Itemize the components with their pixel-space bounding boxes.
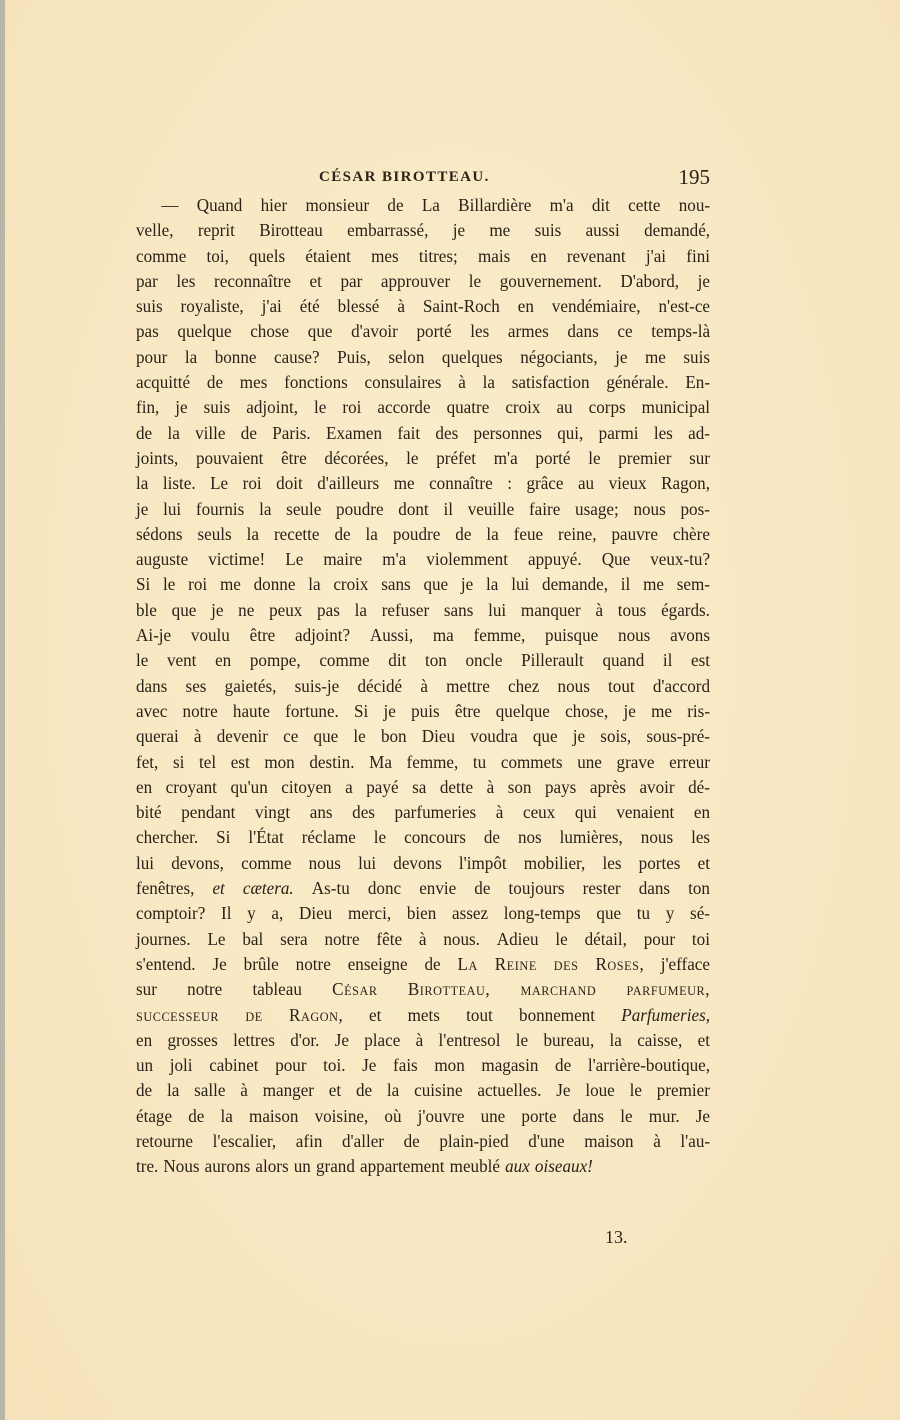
word: embarrassé,	[347, 218, 428, 243]
word: caisse,	[637, 1028, 682, 1053]
word: lui	[488, 598, 506, 623]
word: sédons	[136, 522, 183, 547]
word: bonnement	[519, 1003, 595, 1028]
word: oiseaux!	[535, 1154, 593, 1179]
word: que	[596, 901, 621, 926]
word: comme	[136, 244, 186, 269]
text-line: laliste.Leroidoitd'ailleursmeconnaître:g…	[136, 471, 710, 496]
word: En-	[685, 370, 710, 395]
word: nous	[558, 674, 590, 699]
text-line: avecnotrehautefortune.Sijepuisêtrequelqu…	[136, 699, 710, 724]
word: nous	[633, 497, 665, 522]
body-text: —QuandhiermonsieurdeLaBillardièrem'aditc…	[136, 193, 710, 1180]
word: vendémiaire,	[552, 294, 641, 319]
word: faire	[529, 497, 560, 522]
word: assez	[452, 901, 488, 926]
word: municipal	[642, 395, 710, 420]
word: me	[394, 471, 415, 496]
word: La	[457, 952, 477, 977]
word: voisine,	[315, 1104, 369, 1129]
word: a	[345, 775, 353, 800]
word: monsieur	[306, 193, 370, 218]
word: en	[215, 648, 231, 673]
word: être	[281, 446, 307, 471]
word: porte	[521, 1104, 556, 1129]
word: ris-	[687, 699, 710, 724]
text-line: acquittédemesfonctionsconsulairesàlasati…	[136, 370, 710, 395]
word: victime!	[208, 547, 265, 572]
word: la	[167, 1078, 179, 1103]
word: je	[461, 572, 473, 597]
word: maison	[249, 1104, 298, 1129]
word: bal	[242, 927, 263, 952]
word: me	[651, 699, 672, 724]
word: pour	[136, 345, 167, 370]
word: cuisine	[414, 1078, 462, 1103]
word: adjoint,	[246, 395, 298, 420]
word: à	[420, 674, 428, 699]
word: de	[474, 876, 490, 901]
word: poudre	[336, 497, 383, 522]
word: à	[496, 800, 504, 825]
word: Billardière	[458, 193, 531, 218]
word: notre	[187, 977, 222, 1002]
word: tout	[466, 1003, 493, 1028]
text-line: tre.Nousauronsalorsungrandappartementmeu…	[136, 1154, 710, 1179]
word: en	[694, 800, 710, 825]
word: Aussi,	[370, 623, 413, 648]
word: d'or.	[290, 1028, 319, 1053]
word: chercher.	[136, 825, 198, 850]
text-line: pasquelquechosequed'avoirportélesarmesda…	[136, 319, 710, 344]
word: de	[455, 522, 471, 547]
word: nous.	[443, 927, 480, 952]
word: étaient	[305, 244, 351, 269]
word: je	[624, 699, 636, 724]
word: vingt	[255, 800, 290, 825]
word: César	[332, 977, 377, 1002]
text-line: encroyantqu'uncitoyenapayésadetteàsonpay…	[136, 775, 710, 800]
word: marchand	[520, 977, 596, 1002]
text-line: delavilledeParis.Examenfaitdespersonnesq…	[136, 421, 710, 446]
word: la	[486, 572, 498, 597]
word: je	[573, 724, 585, 749]
word: le	[588, 446, 600, 471]
word: corps	[589, 395, 626, 420]
text-line: Sileroimedonnelacroixsansquejelaluideman…	[136, 572, 710, 597]
text-line: augustevictime!Lemairem'aviolemmentappuy…	[136, 547, 710, 572]
text-line: danssesgaietés,suis-jedécidéàmettrechezn…	[136, 674, 710, 699]
word: toi.	[323, 1053, 345, 1078]
word: Saint-Roch	[423, 294, 500, 319]
word: que	[314, 724, 339, 749]
word: lui	[163, 497, 181, 522]
word: :	[507, 471, 512, 496]
word: m'a	[382, 547, 406, 572]
word: la	[247, 522, 259, 547]
word: est	[231, 750, 250, 775]
word: le	[620, 1104, 632, 1129]
word: pour	[644, 927, 675, 952]
word: quelque	[177, 319, 231, 344]
word: j'ai	[262, 294, 282, 319]
word: décidé	[357, 674, 402, 699]
text-line: —QuandhiermonsieurdeLaBillardièrem'aditc…	[136, 193, 710, 218]
word: titres;	[419, 244, 458, 269]
word: y	[666, 901, 675, 926]
word: croix	[333, 572, 368, 597]
word: s'entend.	[136, 952, 196, 977]
text-line: Ai-jevouluêtreadjoint?Aussi,mafemme,puis…	[136, 623, 710, 648]
word: une	[577, 750, 602, 775]
word: l'au-	[680, 1129, 710, 1154]
page-number: 195	[679, 163, 711, 191]
word: Nous	[163, 1154, 199, 1179]
word: lui	[136, 851, 154, 876]
word: comme	[319, 648, 369, 673]
word: suis	[136, 294, 163, 319]
word: à	[487, 775, 495, 800]
word: Il	[221, 901, 231, 926]
word: et	[329, 1078, 341, 1103]
word: manquer	[521, 598, 581, 623]
word: long-temps	[504, 901, 581, 926]
word: royaliste,	[181, 294, 244, 319]
word: velle,	[136, 218, 174, 243]
word: Birotteau,	[408, 977, 490, 1002]
word: la	[259, 497, 271, 522]
word: donc	[368, 876, 401, 901]
word: toi,	[207, 244, 229, 269]
word: avons	[670, 623, 710, 648]
word: dans	[639, 876, 670, 901]
word: devons,	[171, 851, 224, 876]
text-line: parlesreconnaîtreetparapprouverlegouvern…	[136, 269, 710, 294]
word: bureau,	[543, 1028, 594, 1053]
word: reine,	[558, 522, 596, 547]
word: notre	[324, 927, 359, 952]
word: commets	[501, 750, 563, 775]
word: haute	[233, 699, 270, 724]
word: reprit	[198, 218, 235, 243]
word: me	[645, 345, 666, 370]
word: le	[314, 395, 326, 420]
word: si	[173, 750, 184, 775]
word: dans	[567, 319, 598, 344]
word: destin.	[309, 750, 354, 775]
word: j'efface	[661, 952, 710, 977]
word: pompe,	[250, 648, 301, 673]
word: loue	[585, 1078, 614, 1103]
word: un	[294, 1154, 311, 1179]
word: pour	[275, 1053, 306, 1078]
word: quelque	[496, 699, 550, 724]
word: fait	[397, 421, 420, 446]
word: d'accord	[653, 674, 710, 699]
word: Si	[216, 825, 230, 850]
word: appartement	[360, 1154, 444, 1179]
word: de	[241, 421, 257, 446]
word: maire	[323, 547, 362, 572]
word: Examen	[326, 421, 382, 446]
word: cætera.	[243, 876, 294, 901]
word: connaître	[429, 471, 493, 496]
word: en	[518, 294, 534, 319]
word: la	[366, 522, 378, 547]
word: ses	[186, 674, 207, 699]
word: de	[387, 193, 403, 218]
word: armes	[508, 319, 549, 344]
word: de	[484, 825, 500, 850]
word: recette	[274, 522, 320, 547]
text-line: velle,repritBirotteauembarrassé,jemesuis…	[136, 218, 710, 243]
word: magasin	[481, 1053, 538, 1078]
word: pendant	[181, 800, 235, 825]
word: parfumeur,	[627, 977, 710, 1002]
word: je	[136, 497, 148, 522]
word: le	[630, 1078, 642, 1103]
word: il	[621, 572, 631, 597]
word: tre.	[136, 1154, 158, 1179]
word: plain-pied	[439, 1129, 508, 1154]
word: vent	[167, 648, 196, 673]
word: appuyé.	[528, 547, 582, 572]
word: à	[419, 927, 427, 952]
word: l'impôt	[459, 851, 507, 876]
text-line: s'entend.JebrûlenotreenseignedeLaReinede…	[136, 952, 710, 977]
word: fin,	[136, 395, 159, 420]
word: parmi	[599, 421, 639, 446]
word: concours	[404, 825, 466, 850]
word: maison	[584, 1129, 633, 1154]
word: lui	[358, 851, 376, 876]
word: voulu	[191, 623, 230, 648]
word: à	[653, 1129, 661, 1154]
word: je	[175, 395, 187, 420]
word: doit	[276, 471, 303, 496]
word: son	[508, 775, 532, 800]
word: de	[188, 1104, 204, 1129]
word: d'avoir	[351, 319, 398, 344]
word: le	[136, 648, 148, 673]
word: satisfaction	[512, 370, 590, 395]
word: citoyen	[281, 775, 331, 800]
word: l'État	[248, 825, 283, 850]
word: sois,	[600, 724, 631, 749]
word: gouvernement.	[500, 269, 602, 294]
word: aux	[505, 1154, 530, 1179]
word: la	[136, 471, 148, 496]
word: donne	[254, 572, 296, 597]
word: ville	[195, 421, 225, 446]
word: de	[334, 522, 350, 547]
word: au	[578, 471, 594, 496]
word: le	[555, 927, 567, 952]
word: la	[221, 1104, 233, 1129]
word: toujours	[509, 876, 565, 901]
word: mes	[371, 244, 399, 269]
word: salle	[194, 1078, 225, 1103]
word: ble	[136, 598, 157, 623]
word: et	[212, 876, 224, 901]
word: lumières,	[560, 825, 623, 850]
word: m'a	[494, 446, 518, 471]
word: venaient	[616, 800, 674, 825]
word: D'abord,	[620, 269, 679, 294]
word: a,	[271, 901, 283, 926]
word: pouvaient	[196, 446, 263, 471]
word: réclame	[302, 825, 356, 850]
word: de	[245, 1003, 262, 1028]
word: usage;	[575, 497, 619, 522]
word: mur.	[649, 1104, 680, 1129]
word: Je	[696, 1104, 710, 1129]
word: Paris.	[272, 421, 310, 446]
word: joints,	[136, 446, 178, 471]
word: le	[469, 269, 481, 294]
word: Ragon,	[661, 471, 710, 496]
word: feue	[514, 522, 543, 547]
word: la	[486, 522, 498, 547]
word: Birotteau	[259, 218, 323, 243]
word: y	[247, 901, 256, 926]
word: m'a	[550, 193, 574, 218]
word: gaietés,	[225, 674, 277, 699]
word: suis-je	[295, 674, 340, 699]
word: sur	[136, 977, 157, 1002]
word: la	[355, 598, 367, 623]
word: fini	[686, 244, 710, 269]
word: en	[530, 244, 546, 269]
word: tel	[199, 750, 216, 775]
word: liste.	[163, 471, 196, 496]
word: revenant	[567, 244, 626, 269]
word: les	[654, 421, 673, 446]
word: comptoir?	[136, 901, 205, 926]
word: sans	[444, 598, 473, 623]
text-line: jeluifournislaseulepoudredontilveuillefa…	[136, 497, 710, 522]
word: Parfumeries,	[621, 1003, 710, 1028]
word: de	[555, 1053, 571, 1078]
word: de	[424, 952, 440, 977]
word: dé-	[688, 775, 710, 800]
word: où	[384, 1104, 401, 1129]
word: il	[663, 648, 673, 673]
word: refuser	[382, 598, 429, 623]
word: le	[353, 724, 365, 749]
word: pas	[317, 598, 340, 623]
word: mes	[240, 370, 268, 395]
word: rester	[583, 876, 621, 901]
word: fête	[376, 927, 402, 952]
word: seule	[286, 497, 321, 522]
word: des	[435, 421, 458, 446]
word: Si	[354, 699, 368, 724]
word: les	[470, 319, 489, 344]
word: le	[516, 1028, 528, 1053]
word: au	[556, 395, 572, 420]
word: la	[610, 1028, 622, 1053]
text-line: journes.Lebalseranotrefêteànous.Adieuled…	[136, 927, 710, 952]
word: merci,	[348, 901, 391, 926]
word: générale.	[606, 370, 668, 395]
word: une	[481, 1104, 506, 1129]
word: été	[300, 294, 320, 319]
word: tableau	[253, 977, 302, 1002]
word: pas	[136, 319, 159, 344]
word: à	[416, 1028, 424, 1053]
word: l'entresol	[439, 1028, 501, 1053]
word: fortune.	[285, 699, 339, 724]
word: suis	[535, 218, 562, 243]
word: grave	[617, 750, 655, 775]
text-line: bitépendantvingtansdesparfumeriesàceuxqu…	[136, 800, 710, 825]
word: Si	[136, 572, 150, 597]
word: Le	[207, 927, 225, 952]
word: Ma	[369, 750, 392, 775]
word: égards.	[661, 598, 710, 623]
word: la	[483, 370, 495, 395]
word: grand	[316, 1154, 355, 1179]
word: et	[369, 1003, 381, 1028]
text-line: leventenpompe,commedittononclePillerault…	[136, 648, 710, 673]
word: bon	[381, 724, 407, 749]
word: Je	[335, 1028, 349, 1053]
word: notre	[296, 952, 331, 977]
running-head: CÉSAR BIROTTEAU. 195	[136, 163, 710, 191]
word: pauvre	[611, 522, 658, 547]
word: par	[340, 269, 362, 294]
word: journes.	[136, 927, 191, 952]
word: sera	[280, 927, 308, 952]
word: à	[240, 1078, 248, 1103]
word: mais	[478, 244, 510, 269]
word: consulaires	[365, 370, 442, 395]
word: à	[194, 724, 202, 749]
word: de	[207, 370, 223, 395]
word: veuille	[468, 497, 515, 522]
word: accorde	[377, 395, 430, 420]
word: d'une	[528, 1129, 564, 1154]
word: Je	[556, 1078, 570, 1103]
word: suis	[204, 395, 231, 420]
text-line: fenêtres,etcætera.As-tudoncenviedetoujou…	[136, 876, 710, 901]
text-line: chercher.Sil'Étatréclameleconcoursdenosl…	[136, 825, 710, 850]
word: poudre	[393, 522, 440, 547]
word: de	[404, 1129, 420, 1154]
word: le	[163, 572, 175, 597]
word: alors	[255, 1154, 288, 1179]
word: il	[443, 497, 453, 522]
word: ceux	[523, 800, 555, 825]
word: et	[698, 851, 710, 876]
word: reconnaître	[214, 269, 291, 294]
text-line: surnotretableauCésarBirotteau,marchandpa…	[136, 977, 710, 1002]
word: par	[136, 269, 158, 294]
word: la	[308, 572, 320, 597]
word: je	[211, 598, 223, 623]
word: dans	[573, 1104, 604, 1129]
word: toi	[692, 927, 710, 952]
word: et	[698, 1028, 710, 1053]
word: la	[185, 345, 197, 370]
word: décorées,	[324, 446, 388, 471]
word: ne	[238, 598, 254, 623]
word: mettre	[446, 674, 490, 699]
word: je	[615, 345, 627, 370]
running-title: CÉSAR BIROTTEAU.	[319, 163, 490, 191]
word: femme,	[407, 750, 459, 775]
